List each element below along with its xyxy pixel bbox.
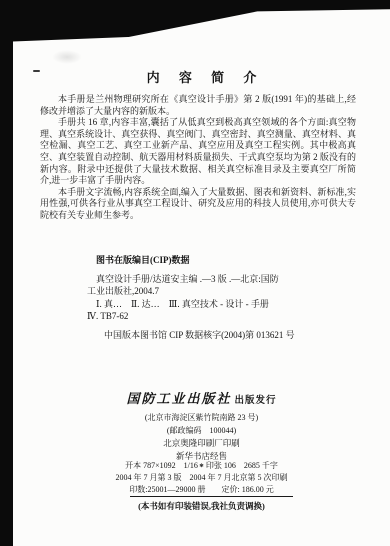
content-intro-body: 本手册是兰州物理研究所在《真空设计手册》第 2 版(1991 年)的基础上,经修… — [40, 94, 356, 222]
publisher-imprint-line: 国防工业出版社出版发行 — [13, 391, 390, 407]
scan-dash-artifact — [33, 70, 40, 72]
publisher-imprint-suffix: 出版发行 — [235, 396, 277, 406]
intro-paragraph-1: 本手册是兰州物理研究所在《真空设计手册》第 2 版(1991 年)的基础上,经修… — [40, 94, 356, 117]
scan-edge-left — [0, 0, 13, 546]
intro-paragraph-3: 本手册文字流畅,内容系统全面,编入了大量数据、图表和新资料、新标准,实用性强,可… — [40, 187, 356, 222]
cip-title-line: 真空设计手册/达道安主编 .—3 版 .—北京:国防 — [96, 273, 323, 286]
printing-specs-block: 开本 787×1092 1/16 印张 106 2685 千字 2004 年 7… — [13, 460, 390, 496]
cip-classification-line-2: Ⅳ. TB7-62 — [87, 310, 323, 323]
intro-paragraph-2: 手册共 16 章,内容丰富,囊括了从低真空到极高真空领域的各个方面:真空物理、真… — [40, 117, 356, 187]
cip-data-block: 图书在版编目(CIP)数据 真空设计手册/达道安主编 .—3 版 .—北京:国防… — [87, 254, 323, 341]
scanned-copyright-page: 内 容 简 介 本手册是兰州物理研究所在《真空设计手册》第 2 版(1991 年… — [0, 0, 390, 546]
copies-price-line: 印数:25001—29000 册 定价: 186.00 元 — [13, 484, 390, 496]
scan-edge-top — [0, 0, 390, 42]
cip-classification-line: Ⅰ. 真… Ⅱ. 达… Ⅲ. 真空技术 - 设计 - 手册 — [96, 298, 323, 311]
publisher-name: 国防工业出版社 — [126, 391, 231, 406]
printer-line: 北京奥隆印刷厂印刷 — [13, 439, 390, 448]
content-intro-title: 内 容 简 介 — [13, 67, 390, 86]
postal-code: (邮政编码 100044) — [13, 427, 390, 435]
format-spec-line: 开本 787×1092 1/16 印张 106 2685 千字 — [13, 460, 390, 472]
distributor-line: 新华书店经售 — [13, 452, 390, 461]
errata-divider — [130, 496, 293, 497]
publisher-address: (北京市海淀区紫竹院南路 23 号) — [13, 414, 390, 422]
edition-spec-line: 2004 年 7 月第 3 版 2004 年 7 月北京第 5 次印刷 — [13, 472, 390, 484]
cip-title-line-2: 工业出版社,2004.7 — [87, 285, 323, 298]
cip-header: 图书在版编目(CIP)数据 — [96, 254, 323, 267]
errata-note: (本书如有印装错误,我社负责调换) — [13, 500, 390, 512]
scan-smudge-artifact — [52, 50, 82, 64]
cip-registry-number: 中国版本图书馆 CIP 数据核字(2004)第 013621 号 — [104, 329, 323, 342]
